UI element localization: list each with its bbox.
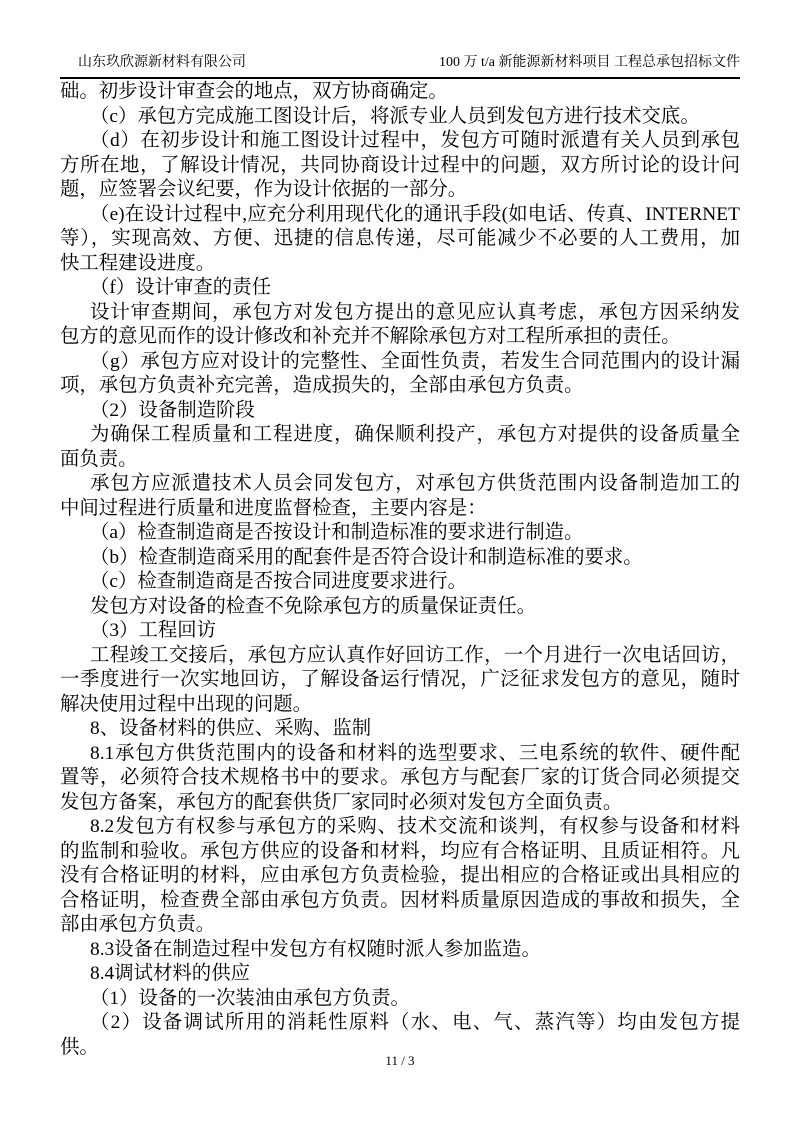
text-line: 为确保工程质量和工程进度，确保顺利投产，承包方对提供的设备质量全 [60, 423, 740, 448]
text-line: 8.2发包方有权参与承包方的采购、技术交流和谈判，有权参与设备和材料 [60, 815, 740, 840]
text-line: （g）承包方应对设计的完整性、全面性负责，若发生合同范围内的设计漏 [60, 350, 740, 375]
header-company-name: 山东玖欣源新材料有限公司 [78, 54, 246, 72]
text-line: 中间过程进行质量和进度监督检查，主要内容是： [60, 497, 740, 522]
text-line: 发包方对设备的检查不免除承包方的质量保证责任。 [60, 595, 740, 620]
text-line: 设计审查期间，承包方对发包方提出的意见应认真考虑，承包方因采纳发 [60, 301, 740, 326]
text-line: 合格证明，检查费全部由承包方负责。因材料质量原因造成的事故和损失，全 [60, 889, 740, 914]
text-line: 题，应签署会议纪要，作为设计依据的一部分。 [60, 178, 740, 203]
page-footer: 11 / 3 [0, 1053, 800, 1069]
text-line: （e)在设计过程中,应充分利用现代化的通讯手段(如电话、传真、INTERNET [60, 203, 740, 228]
text-line: （c）承包方完成施工图设计后，将派专业人员到发包方进行技术交底。 [60, 105, 740, 130]
text-line: 工程竣工交接后，承包方应认真作好回访工作，一个月进行一次电话回访， [60, 644, 740, 669]
document-body: 础。初步设计审查会的地点，双方协商确定。（c）承包方完成施工图设计后，将派专业人… [60, 80, 740, 1060]
text-line: 承包方应派遣技术人员会同发包方，对承包方供货范围内设备制造加工的 [60, 472, 740, 497]
text-line: 方所在地，了解设计情况，共同协商设计过程中的问题，双方所讨论的设计问 [60, 154, 740, 179]
text-line: 的监制和验收。承包方供应的设备和材料，均应有合格证明、且质证相符。凡 [60, 840, 740, 865]
text-line: （a）检查制造商是否按设计和制造标准的要求进行制造。 [60, 521, 740, 546]
text-line: 发包方备案，承包方的配套供货厂家同时必须对发包方全面负责。 [60, 791, 740, 816]
text-line: （3）工程回访 [60, 619, 740, 644]
text-line: （b）检查制造商采用的配套件是否符合设计和制造标准的要求。 [60, 546, 740, 571]
text-line: （d）在初步设计和施工图设计过程中，发包方可随时派遣有关人员到承包 [60, 129, 740, 154]
text-line: 等），实现高效、方便、迅捷的信息传递，尽可能减少不必要的人工费用，加 [60, 227, 740, 252]
text-line: （c）检查制造商是否按合同进度要求进行。 [60, 570, 740, 595]
text-line: 础。初步设计审查会的地点，双方协商确定。 [60, 80, 740, 105]
page-header: 山东玖欣源新材料有限公司 100 万 t/a 新能源新材料项目 工程总承包招标文… [60, 54, 740, 79]
text-line: （2）设备调试所用的消耗性原料（水、电、气、蒸汽等）均由发包方提 [60, 1011, 740, 1036]
text-line: 部由承包方负责。 [60, 913, 740, 938]
page-number: 11 / 3 [385, 1053, 414, 1068]
text-line: 解决使用过程中出现的问题。 [60, 693, 740, 718]
text-line: 8.1承包方供货范围内的设备和材料的选型要求、三电系统的软件、硬件配 [60, 742, 740, 767]
text-line: 8.3设备在制造过程中发包方有权随时派人参加监造。 [60, 938, 740, 963]
text-line: 一季度进行一次实地回访，了解设备运行情况，广泛征求发包方的意见，随时 [60, 668, 740, 693]
header-doc-title: 100 万 t/a 新能源新材料项目 工程总承包招标文件 [439, 54, 740, 72]
text-line: 快工程建设进度。 [60, 252, 740, 277]
document-page: 山东玖欣源新材料有限公司 100 万 t/a 新能源新材料项目 工程总承包招标文… [0, 0, 800, 1131]
text-line: 置等，必须符合技术规格书中的要求。承包方与配套厂家的订货合同必须提交 [60, 766, 740, 791]
text-line: 8、设备材料的供应、采购、监制 [60, 717, 740, 742]
text-line: （1）设备的一次装油由承包方负责。 [60, 987, 740, 1012]
text-line: 面负责。 [60, 448, 740, 473]
text-line: 没有合格证明的材料，应由承包方负责检验，提出相应的合格证或出具相应的 [60, 864, 740, 889]
text-line: （f）设计审查的责任 [60, 276, 740, 301]
text-line: 8.4调试材料的供应 [60, 962, 740, 987]
text-line: 包方的意见而作的设计修改和补充并不解除承包方对工程所承担的责任。 [60, 325, 740, 350]
text-line: （2）设备制造阶段 [60, 399, 740, 424]
text-line: 项，承包方负责补充完善，造成损失的，全部由承包方负责。 [60, 374, 740, 399]
